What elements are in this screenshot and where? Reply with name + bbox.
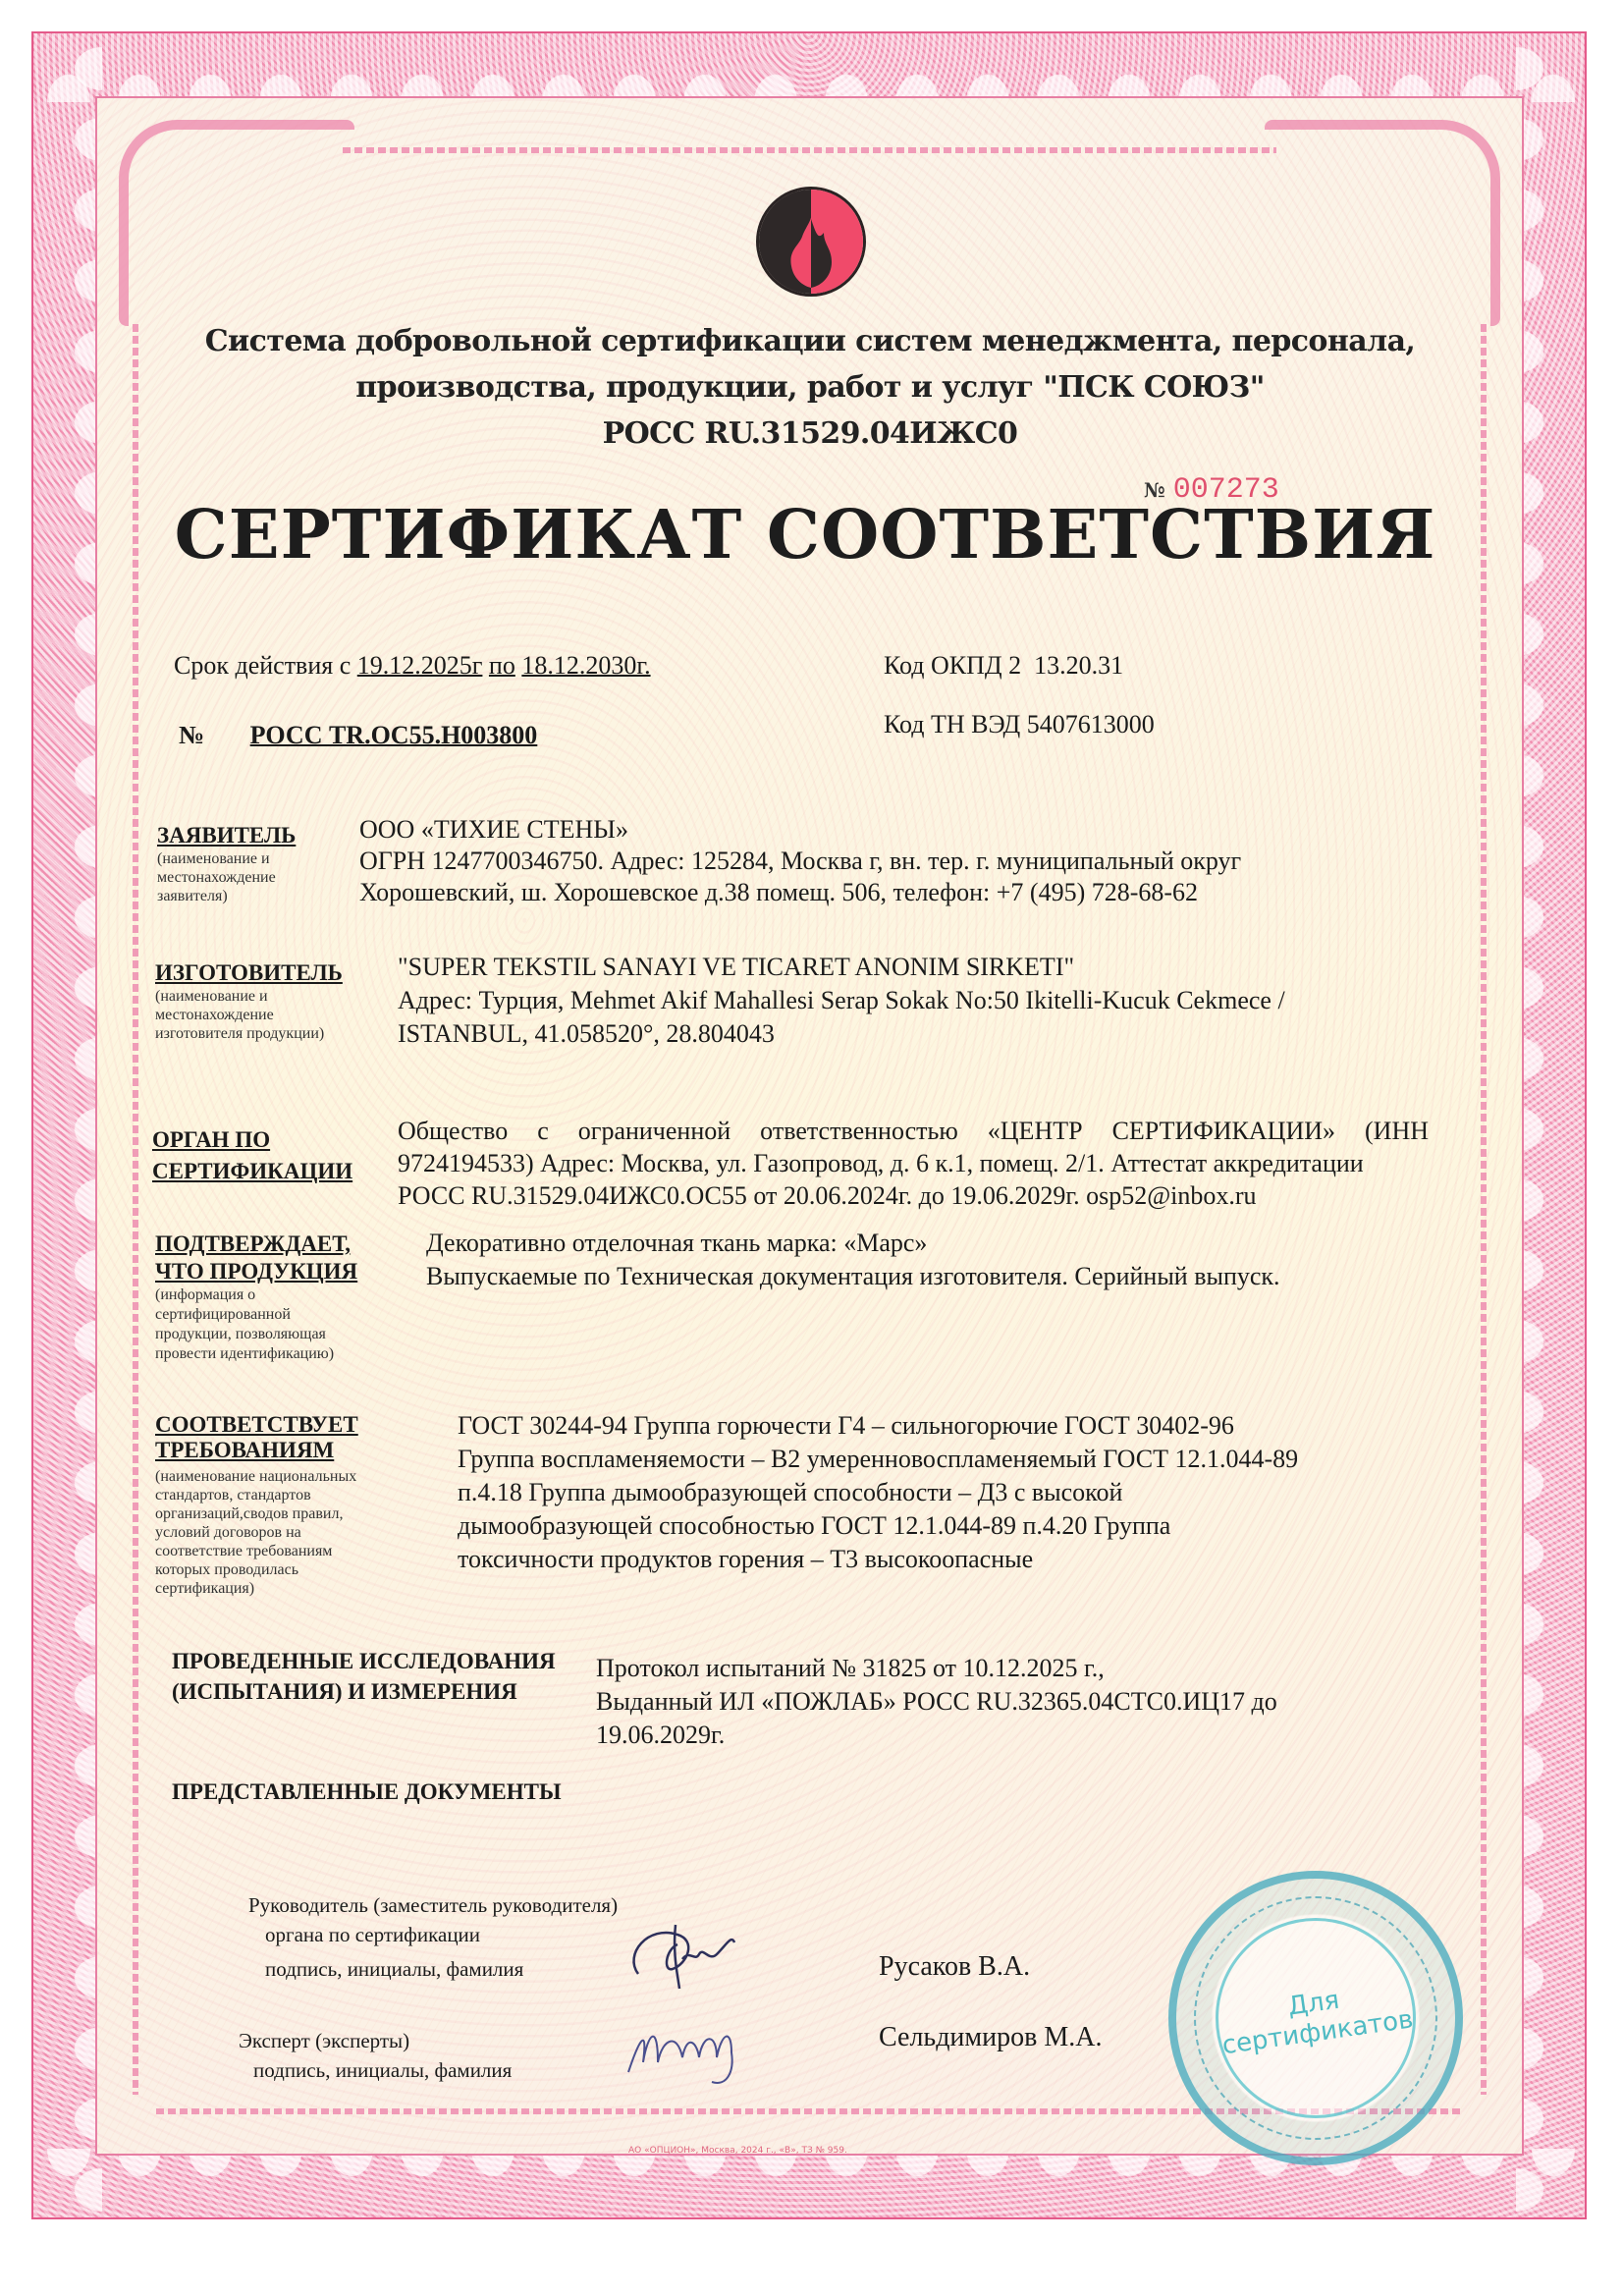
head-title-1: Руководитель (заместитель руководителя) (248, 1890, 618, 1920)
expert-title: Эксперт (эксперты) (239, 2026, 409, 2055)
applicant-label: ЗАЯВИТЕЛЬ (157, 823, 296, 848)
org-name-line1: Система добровольной сертификации систем… (147, 324, 1473, 358)
requirements-note-4: условий договоров на (155, 1523, 301, 1542)
tests-label-1: ПРОВЕДЕННЫЕ ИССЛЕДОВАНИЯ (172, 1647, 556, 1676)
manufacturer-note-3: изготовителя продукции) (155, 1024, 324, 1043)
manufacturer-address-1: Адрес: Турция, Mehmet Akif Mahallesi Ser… (398, 986, 1285, 1015)
requirements-line-3: п.4.18 Группа дымообразующей способности… (458, 1478, 1122, 1507)
requirements-note-1: (наименование национальных (155, 1467, 356, 1486)
manufacturer-note-2: местонахождение (155, 1006, 274, 1024)
corner-ornament-top-left (119, 120, 354, 326)
product-name: Декоративно отделочная ткань марка: «Мар… (426, 1229, 927, 1258)
printer-imprint: АО «ОПЦИОН», Москва, 2024 г., «В», ТЗ № … (628, 2146, 847, 2156)
validity-label: Срок действия с (174, 651, 351, 680)
ornament-left-line (133, 324, 138, 2095)
requirements-note-6: которых проводилась (155, 1560, 298, 1579)
tests-protocol: Протокол испытаний № 31825 от 10.12.2025… (596, 1654, 1105, 1683)
head-signature (619, 1915, 746, 1994)
documents-label: ПРЕДСТАВЛЕННЫЕ ДОКУМЕНТЫ (172, 1777, 562, 1807)
manufacturer-label: ИЗГОТОВИТЕЛЬ (155, 960, 343, 986)
cert-body-line-1: Общество с ограниченной ответственностью… (398, 1117, 1429, 1146)
requirements-note-7: сертификация) (155, 1579, 254, 1598)
cert-no-sign: № (179, 721, 204, 749)
applicant-note-1: (наименование и (157, 849, 270, 868)
expert-name: Сельдимиров М.А. (879, 2023, 1102, 2052)
requirements-note-5: соответствие требованиям (155, 1542, 332, 1560)
product-note-1: (информация о (155, 1285, 255, 1304)
okpd-value: 13.20.31 (1034, 651, 1123, 680)
applicant-address-1: ОГРН 1247700346750. Адрес: 125284, Москв… (359, 847, 1241, 876)
applicant-note-2: местонахождение (157, 868, 276, 887)
applicant-address-2: Хорошевский, ш. Хорошевское д.38 помещ. … (359, 878, 1198, 907)
tests-lab-valid: 19.06.2029г. (596, 1721, 725, 1750)
document-title: СЕРТИФИКАТ СООТВЕТСТВИЯ (147, 496, 1463, 574)
applicant-name: ООО «ТИХИЕ СТЕНЫ» (359, 815, 628, 845)
product-note-4: провести идентификацию) (155, 1344, 334, 1363)
certificate-number: № РОСС TR.OC55.H003800 (179, 721, 537, 750)
system-registration: РОСС RU.31529.04ИЖС0 (147, 416, 1473, 451)
okpd-code: Код ОКПД 2 13.20.31 (884, 651, 1123, 681)
manufacturer-name: "SUPER TEKSTIL SANAYI VE TICARET ANONIM … (398, 953, 1074, 982)
requirements-label-1: СООТВЕТСТВУЕТ (155, 1412, 358, 1438)
requirements-line-1: ГОСТ 30244-94 Группа горючести Г4 – силь… (458, 1411, 1234, 1441)
validity-to-label: по (489, 651, 515, 680)
tests-label-2: (ИСПЫТАНИЯ) И ИЗМЕРЕНИЯ (172, 1677, 517, 1707)
requirements-line-2: Группа воспламеняемости – В2 умеренновос… (458, 1445, 1298, 1474)
expert-signature (619, 2003, 766, 2092)
tests-lab: Выданный ИЛ «ПОЖЛАБ» РОСС RU.32365.04СТС… (596, 1687, 1277, 1717)
manufacturer-note-1: (наименование и (155, 987, 268, 1006)
tnved-code: Код ТН ВЭД 5407613000 (884, 710, 1155, 739)
tnved-value: 5407613000 (1027, 710, 1155, 738)
cert-body-line-2: 9724194533) Адрес: Москва, ул. Газопрово… (398, 1149, 1364, 1178)
manufacturer-address-2: ISTANBUL, 41.058520°, 28.804043 (398, 1019, 775, 1049)
certification-stamp: Для сертификатов (1168, 1871, 1463, 2165)
product-note-3: продукции, позволяющая (155, 1325, 326, 1343)
cert-body-label-2: СЕРТИФИКАЦИИ (152, 1159, 352, 1184)
validity-to: 18.12.2030г. (521, 651, 650, 680)
product-label-1: ПОДТВЕРЖДАЕТ, (155, 1231, 351, 1257)
requirements-line-5: токсичности продуктов горения – Т3 высок… (458, 1545, 1033, 1574)
requirements-line-4: дымообразующей способностью ГОСТ 12.1.04… (458, 1511, 1170, 1541)
ornament-top-line (343, 147, 1276, 153)
ornament-right-line (1481, 324, 1487, 2095)
validity-from: 19.12.2025г (357, 651, 483, 680)
cert-body-label-1: ОРГАН ПО (152, 1127, 270, 1153)
tnved-label: Код ТН ВЭД (884, 710, 1020, 738)
flame-icon (756, 187, 866, 297)
head-sign-caption: подпись, инициалы, фамилия (265, 1954, 523, 1984)
okpd-label: Код ОКПД 2 (884, 651, 1021, 680)
cert-body-line-3: РОСС RU.31529.04ИЖС0.ОС55 от 20.06.2024г… (398, 1181, 1257, 1211)
expert-sign-caption: подпись, инициалы, фамилия (253, 2055, 512, 2085)
product-production: Выпускаемые по Техническая документация … (426, 1262, 1280, 1291)
product-note-2: сертифицированной (155, 1305, 291, 1324)
applicant-note-3: заявителя) (157, 887, 228, 905)
requirements-note-3: организаций,сводов правил, (155, 1504, 343, 1523)
requirements-label-2: ТРЕБОВАНИЯМ (155, 1438, 334, 1463)
product-label-2: ЧТО ПРОДУКЦИЯ (155, 1259, 357, 1285)
validity-period: Срок действия с 19.12.2025г по 18.12.203… (174, 651, 651, 681)
org-name-line2: производства, продукции, работ и услуг "… (147, 370, 1473, 405)
head-title-2: органа по сертификации (265, 1920, 480, 1949)
head-name: Русаков В.А. (879, 1952, 1030, 1982)
requirements-note-2: стандартов, стандартов (155, 1486, 311, 1504)
corner-ornament-top-right (1265, 120, 1500, 326)
cert-number-value: РОСС TR.OC55.H003800 (250, 721, 538, 749)
